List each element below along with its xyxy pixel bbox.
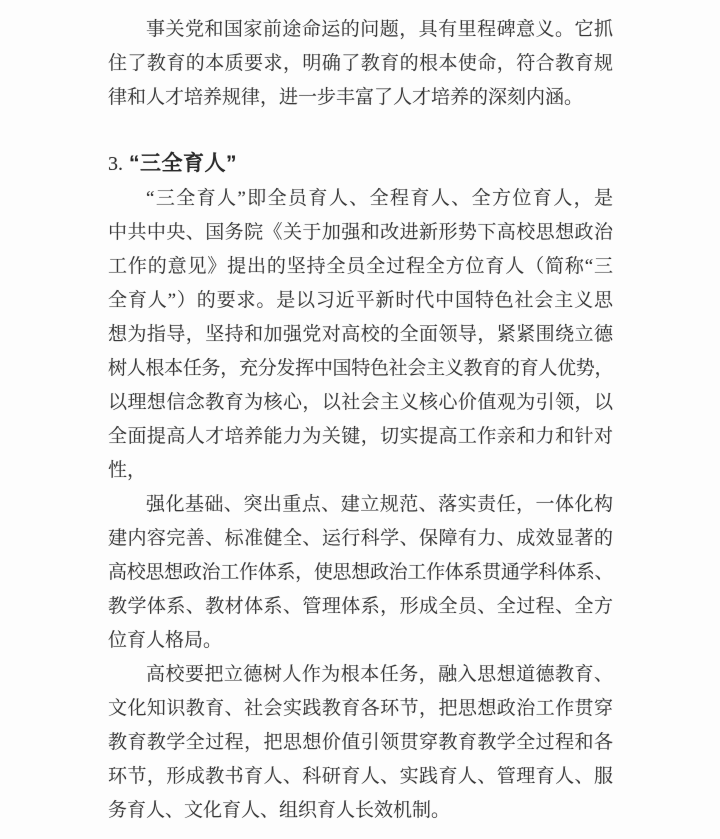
text-line: 性， [108,454,613,488]
text-line: 高校要把立德树人作为根本任务，融入思想道德教育、 [108,658,613,692]
section-heading: 3.“三全育人” [108,146,613,182]
text-line: 事关党和国家前途命运的问题，具有里程碑意义。它抓 [108,13,613,47]
text-line: 工作的意见》提出的坚持全员全过程全方位育人（简称“三 [108,250,613,284]
text-line: 律和人才培养规律，进一步丰富了人才培养的深刻内涵。 [108,81,613,115]
mechanism-paragraph: 高校要把立德树人作为根本任务，融入思想道德教育、 文化知识教育、社会实践教育各环… [108,658,613,828]
text-line: 高校思想政治工作体系，使思想政治工作体系贯通学科体系、 [108,556,613,590]
text-line: 教学体系、教材体系、管理体系，形成全员、全过程、全方 [108,590,613,624]
text-line: 住了教育的本质要求，明确了教育的根本使命，符合教育规 [108,47,613,81]
text-line: 教育教学全过程，把思想价值引领贯穿教育教学全过程和各 [108,726,613,760]
text-line: 想为指导，坚持和加强党对高校的全面领导，紧紧围绕立德 [108,318,613,352]
text-line: 强化基础、突出重点、建立规范、落实责任，一体化构 [108,488,613,522]
text-line: 文化知识教育、社会实践教育各环节，把思想政治工作贯穿 [108,692,613,726]
text-line: 中共中央、国务院《关于加强和改进新形势下高校思想政治 [108,216,613,250]
text-line: 环节，形成教书育人、科研育人、实践育人、管理育人、服 [108,760,613,794]
text-line: 务育人、文化育人、组织育人长效机制。 [108,794,613,828]
scanned-document-page: 事关党和国家前途命运的问题，具有里程碑意义。它抓 住了教育的本质要求，明确了教育… [0,0,720,839]
text-line: 树人根本任务，充分发挥中国特色社会主义教育的育人优势， [108,352,613,386]
text-line: 以理想信念教育为核心，以社会主义核心价值观为引领，以 [108,386,613,420]
text-line: 位育人格局。 [108,624,613,658]
text-line: 全育人”）的要求。是以习近平新时代中国特色社会主义思 [108,284,613,318]
text-line: 建内容完善、标准健全、运行科学、保障有力、成效显著的 [108,522,613,556]
intro-paragraph: 事关党和国家前途命运的问题，具有里程碑意义。它抓 住了教育的本质要求，明确了教育… [108,13,613,115]
document-text-block: 事关党和国家前途命运的问题，具有里程碑意义。它抓 住了教育的本质要求，明确了教育… [108,13,613,828]
section-number: 3. [108,153,123,175]
section-title: “三全育人” [129,152,237,175]
text-line: 全面提高人才培养能力为关键，切实提高工作亲和力和针对 [108,420,613,454]
definition-paragraph: “三全育人”即全员育人、全程育人、全方位育人，是 中共中央、国务院《关于加强和改… [108,182,613,488]
system-paragraph: 强化基础、突出重点、建立规范、落实责任，一体化构 建内容完善、标准健全、运行科学… [108,488,613,658]
text-line: “三全育人”即全员育人、全程育人、全方位育人，是 [108,182,613,216]
